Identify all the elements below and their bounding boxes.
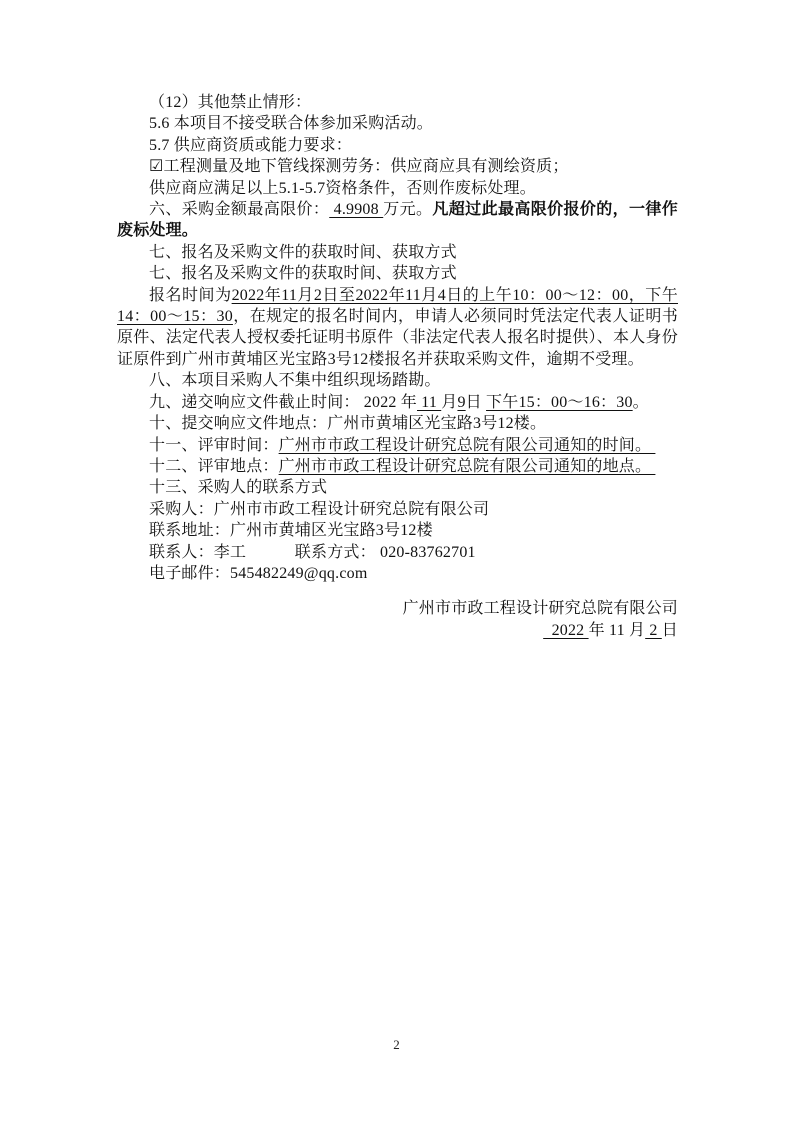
text-segment: 9 bbox=[457, 394, 465, 411]
paragraph: 5.7 供应商资质或能力要求： bbox=[117, 135, 678, 156]
paragraph: 十二、评审地点：广州市市政工程设计研究总院有限公司通知的地点。 bbox=[117, 456, 678, 477]
text-segment: 。 bbox=[633, 394, 649, 411]
paragraph: 5.6 本项目不接受联合体参加采购活动。 bbox=[117, 113, 678, 134]
text-segment: 七、报名及采购文件的获取时间、获取方式 bbox=[149, 265, 457, 282]
text-segment: 2 bbox=[645, 622, 662, 639]
paragraph: ☑工程测量及地下管线探测劳务：供应商应具有测绘资质； bbox=[117, 156, 678, 177]
paragraph: 六、采购金额最高限价： 4.9908 万元。凡超过此最高限价报价的，一律作废标处… bbox=[117, 199, 678, 242]
paragraph: 八、本项目采购人不集中组织现场踏勘。 bbox=[117, 370, 678, 391]
text-segment: 日 bbox=[662, 622, 678, 639]
paragraph: 联系地址：广州市黄埔区光宝路3号12楼 bbox=[117, 520, 678, 541]
text-segment: 九、递交响应文件截止时间： 2022 年 bbox=[149, 394, 417, 411]
paragraph: 九、递交响应文件截止时间： 2022 年 11 月9日 下午15：00～16：3… bbox=[117, 392, 678, 413]
text-segment: 年 11 月 bbox=[589, 622, 646, 639]
text-segment: 5.6 本项目不接受联合体参加采购活动。 bbox=[149, 115, 433, 132]
page-number: 2 bbox=[0, 1037, 793, 1053]
text-segment: 4.9908 bbox=[329, 201, 383, 218]
text-segment: 11 bbox=[417, 394, 441, 411]
text-segment: 5.7 供应商资质或能力要求： bbox=[149, 137, 352, 154]
text-segment: 十一、评审时间： bbox=[149, 437, 279, 454]
paragraph: 广州市市政工程设计研究总院有限公司 bbox=[117, 598, 678, 619]
text-segment: 广州市市政工程设计研究总院有限公司通知的时间。 bbox=[279, 437, 656, 454]
paragraph: 供应商应满足以上5.1-5.7资格条件，否则作废标处理。 bbox=[117, 178, 678, 199]
text-segment: 联系人：李工 联系方式： 020-83762701 bbox=[149, 544, 476, 561]
text-segment: 八、本项目采购人不集中组织现场踏勘。 bbox=[149, 372, 441, 389]
paragraph: 七、报名及采购文件的获取时间、获取方式 bbox=[117, 263, 678, 284]
document-body: （12）其他禁止情形：5.6 本项目不接受联合体参加采购活动。5.7 供应商资质… bbox=[117, 92, 678, 641]
paragraph: 十一、评审时间：广州市市政工程设计研究总院有限公司通知的时间。 bbox=[117, 435, 678, 456]
text-segment: 下午15：00～16：30 bbox=[486, 394, 633, 411]
text-segment: 万元。 bbox=[383, 201, 432, 218]
text-segment: （12）其他禁止情形： bbox=[149, 94, 311, 111]
text-segment: 日 bbox=[466, 394, 486, 411]
paragraph: 2022 年 11 月 2 日 bbox=[117, 620, 678, 641]
paragraph: 七、报名及采购文件的获取时间、获取方式 bbox=[117, 242, 678, 263]
text-segment: 六、采购金额最高限价： bbox=[149, 201, 329, 218]
text-segment: 采购人：广州市市政工程设计研究总院有限公司 bbox=[149, 501, 489, 518]
paragraph: 报名时间为2022年11月2日至2022年11月4日的上午10：00～12：00… bbox=[117, 285, 678, 371]
text-segment: 十、提交响应文件地点：广州市黄埔区光宝路3号12楼。 bbox=[149, 415, 546, 432]
text-segment: 月 bbox=[441, 394, 457, 411]
document-page: （12）其他禁止情形：5.6 本项目不接受联合体参加采购活动。5.7 供应商资质… bbox=[0, 0, 793, 1122]
text-segment: 十三、采购人的联系方式 bbox=[149, 479, 327, 496]
paragraph: 联系人：李工 联系方式： 020-83762701 bbox=[117, 542, 678, 563]
text-segment: 广州市市政工程设计研究总院有限公司 bbox=[403, 600, 678, 617]
text-segment: 十二、评审地点： bbox=[149, 458, 279, 475]
text-segment: 七、报名及采购文件的获取时间、获取方式 bbox=[149, 244, 457, 261]
paragraph: 十、提交响应文件地点：广州市黄埔区光宝路3号12楼。 bbox=[117, 413, 678, 434]
text-segment: 电子邮件：545482249@qq.com bbox=[149, 565, 367, 582]
paragraph: 十三、采购人的联系方式 bbox=[117, 477, 678, 498]
text-segment: 供应商应满足以上5.1-5.7资格条件，否则作废标处理。 bbox=[149, 180, 536, 197]
paragraph: 电子邮件：545482249@qq.com bbox=[117, 563, 678, 584]
text-segment: 广州市市政工程设计研究总院有限公司通知的地点。 bbox=[279, 458, 656, 475]
text-segment: 联系地址：广州市黄埔区光宝路3号12楼 bbox=[149, 522, 433, 539]
text-segment: ☑工程测量及地下管线探测劳务：供应商应具有测绘资质； bbox=[149, 158, 569, 175]
paragraph: 采购人：广州市市政工程设计研究总院有限公司 bbox=[117, 499, 678, 520]
text-segment: 2022 bbox=[543, 622, 588, 639]
text-segment: 报名时间为 bbox=[149, 287, 232, 304]
paragraph: （12）其他禁止情形： bbox=[117, 92, 678, 113]
